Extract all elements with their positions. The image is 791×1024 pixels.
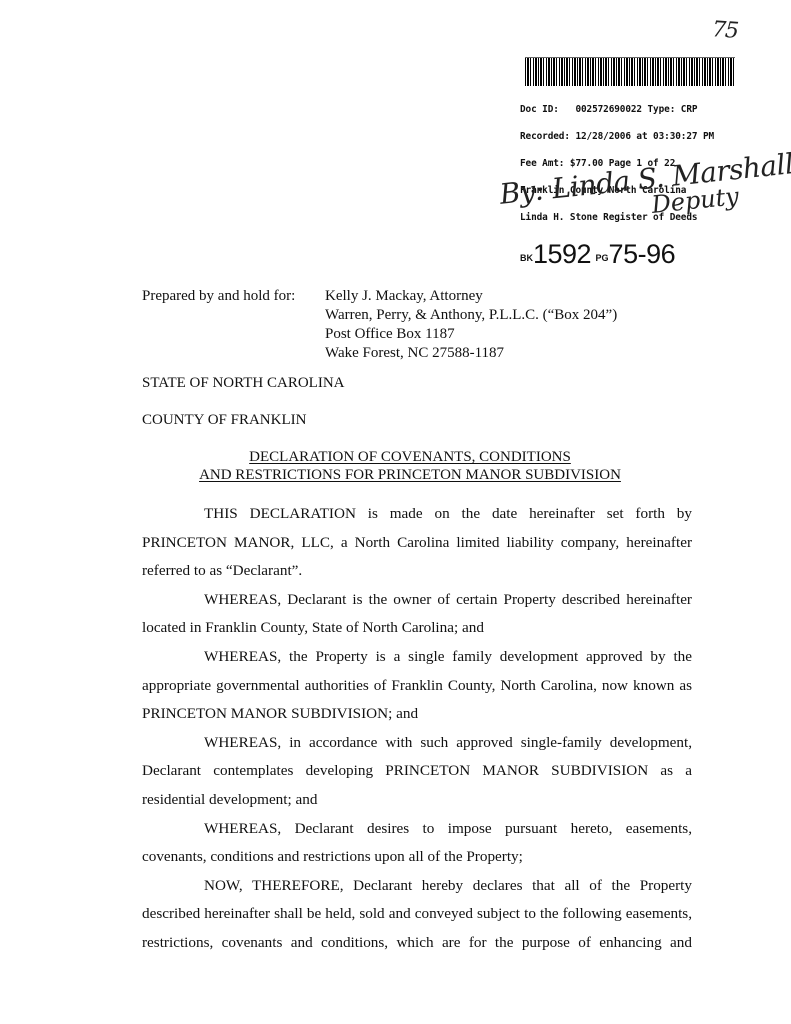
paragraph-declaration: THIS DECLARATION is made on the date her… [142, 500, 692, 586]
pg-label: PG [596, 253, 609, 263]
paragraph-whereas-owner: WHEREAS, Declarant is the owner of certa… [142, 586, 692, 643]
bk-label: BK [520, 253, 533, 263]
handwritten-page-mark: 75 [711, 17, 739, 44]
paragraph-whereas-desires: WHEREAS, Declarant desires to impose pur… [142, 815, 692, 872]
document-body: THIS DECLARATION is made on the date her… [142, 500, 692, 958]
paragraph-whereas-property: WHEREAS, the Property is a single family… [142, 643, 692, 729]
document-title: DECLARATION OF COVENANTS, CONDITIONS AND… [130, 448, 690, 484]
state-heading: STATE OF NORTH CAROLINA [142, 375, 345, 392]
prepared-by-label: Prepared by and hold for: [142, 287, 295, 306]
book-number: 1592 [533, 239, 591, 269]
address-line: Post Office Box 1187 [325, 325, 617, 344]
prepared-by-address: Kelly J. Mackay, Attorney Warren, Perry,… [325, 287, 617, 363]
paragraph-now-therefore: NOW, THEREFORE, Declarant hereby declare… [142, 872, 692, 958]
barcode-icon [525, 57, 735, 86]
address-line: Warren, Perry, & Anthony, P.L.L.C. (“Box… [325, 306, 617, 325]
county-heading: COUNTY OF FRANKLIN [142, 412, 306, 429]
address-line: Wake Forest, NC 27588-1187 [325, 344, 617, 363]
stamp-line-recorded: Recorded: 12/28/2006 at 03:30:27 PM [520, 132, 750, 141]
document-page: 75 Doc ID: 002572690022 Type: CRP Record… [0, 0, 791, 1024]
title-line: DECLARATION OF COVENANTS, CONDITIONS [130, 448, 690, 466]
title-line: AND RESTRICTIONS FOR PRINCETON MANOR SUB… [130, 466, 690, 484]
address-line: Kelly J. Mackay, Attorney [325, 287, 617, 306]
book-page-reference: BK1592 PG75-96 [520, 241, 750, 272]
paragraph-whereas-development: WHEREAS, in accordance with such approve… [142, 729, 692, 815]
page-range: 75-96 [609, 239, 676, 269]
stamp-line-doc-id: Doc ID: 002572690022 Type: CRP [520, 105, 750, 114]
